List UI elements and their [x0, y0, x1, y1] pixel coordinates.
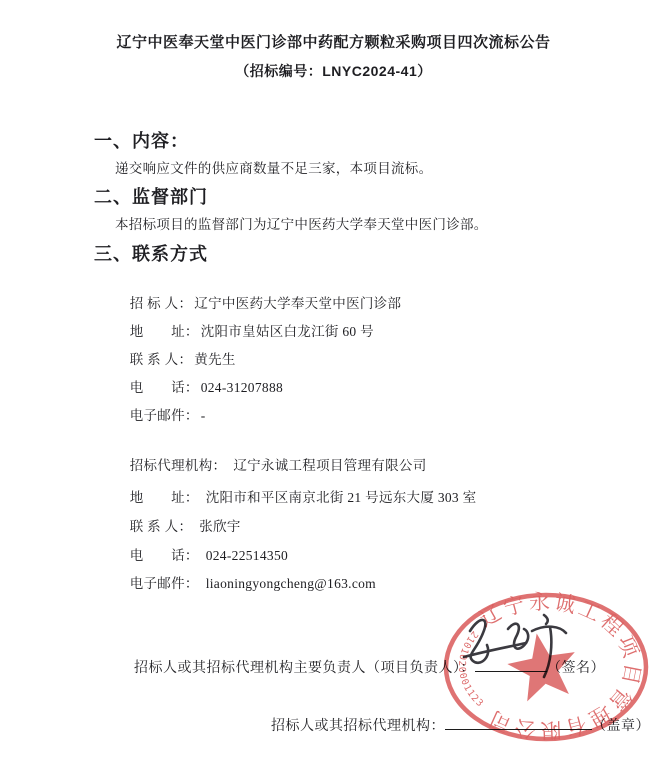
- contact-value: 024-31207888: [199, 380, 283, 395]
- section-body-supervision: 本招标项目的监督部门为辽宁中医药大学奉天堂中医门诊部。: [115, 213, 488, 233]
- announcement-document: 辽宁中医奉天堂中医门诊部中药配方颗粒采购项目四次流标公告 （招标编号：LNYC2…: [0, 0, 667, 776]
- section-heading-content: 一、内容：: [94, 127, 189, 153]
- section-body-content: 递交响应文件的供应商数量不足三家，本项目流标。: [115, 157, 432, 177]
- org-label: 招标人或其招标代理机构：: [271, 719, 445, 734]
- section-heading-supervision: 二、监督部门: [94, 183, 208, 209]
- contact-label: 电子邮件：: [130, 408, 199, 423]
- contact-label: 电子邮件：: [130, 576, 199, 591]
- stamp-blank: [445, 716, 592, 730]
- org-stamp-line: 招标人或其招标代理机构：（盖章）: [255, 699, 650, 751]
- page-title: 辽宁中医奉天堂中医门诊部中药配方颗粒采购项目四次流标公告: [0, 31, 667, 52]
- principal-label: 招标人或其招标代理机构主要负责人（项目负责人）：: [134, 661, 475, 676]
- stamp-suffix: （盖章）: [592, 719, 650, 734]
- section-heading-contact: 三、联系方式: [94, 240, 208, 266]
- agency-row-email: 电子邮件：liaoningyongcheng@163.com: [115, 556, 376, 608]
- contact-value: liaoningyongcheng@163.com: [199, 576, 376, 591]
- principal-signature-line: 招标人或其招标代理机构主要负责人（项目负责人）：（签名）: [118, 641, 605, 693]
- contact-value: -: [199, 408, 206, 423]
- signature-suffix: （签名）: [547, 661, 605, 676]
- signature-blank: [475, 658, 547, 672]
- bid-number: （招标编号：LNYC2024-41）: [0, 61, 667, 81]
- contact-row-email: 电子邮件：-: [115, 388, 206, 440]
